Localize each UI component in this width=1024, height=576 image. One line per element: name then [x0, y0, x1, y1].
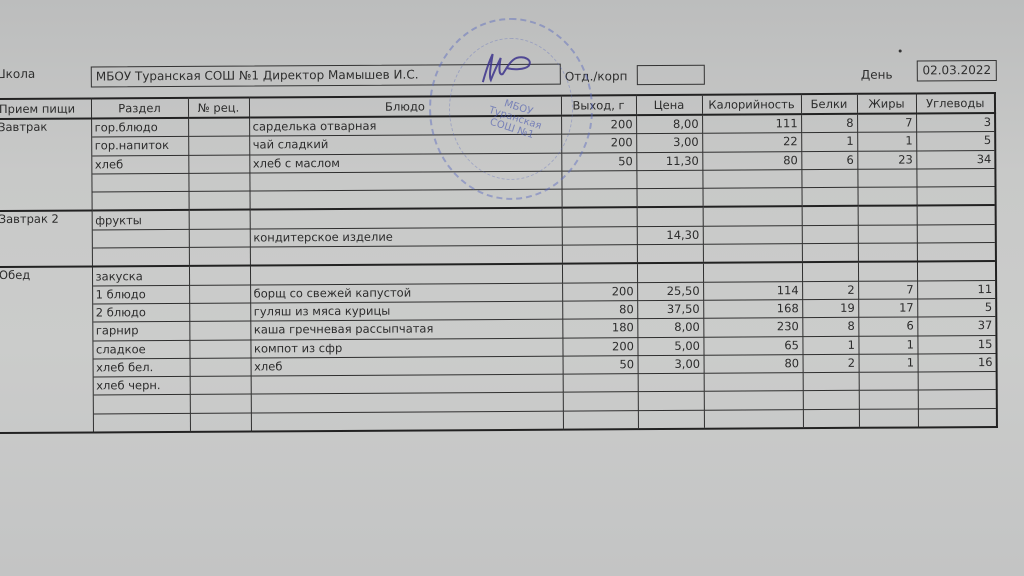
cell-section: гор.напиток	[91, 137, 188, 156]
cell-meal: Завтрак 2	[0, 211, 92, 230]
cell-meal	[0, 248, 92, 267]
col-header-recipe: № рец.	[188, 98, 249, 118]
cell-recipe	[189, 340, 250, 359]
cell-yield	[562, 226, 637, 245]
cell-recipe	[188, 118, 249, 137]
col-header-price: Цена	[636, 95, 702, 115]
cell-dish: хлеб с маслом	[249, 153, 561, 173]
cell-protein	[802, 225, 858, 244]
cell-dish	[251, 393, 563, 413]
cell-recipe	[189, 229, 250, 248]
cell-protein	[801, 169, 857, 188]
cell-price	[637, 207, 703, 226]
cell-carbs	[917, 243, 996, 262]
cell-price: 14,30	[637, 226, 703, 245]
cell-protein	[802, 188, 858, 207]
cell-yield	[563, 410, 638, 429]
cell-section: гарнир	[92, 322, 189, 341]
cell-carbs	[918, 390, 997, 409]
cell-section: гор.блюдо	[91, 118, 188, 137]
cell-price	[638, 392, 704, 411]
cell-price	[637, 244, 703, 263]
cell-price	[636, 170, 702, 189]
cell-fat: 7	[857, 113, 916, 132]
cell-meal	[0, 286, 92, 305]
cell-carbs: 5	[916, 132, 995, 151]
col-header-section: Раздел	[91, 98, 188, 119]
cell-protein: 19	[802, 299, 858, 318]
cell-kcal: 230	[703, 318, 802, 337]
cell-fat: 1	[857, 132, 916, 151]
cell-carbs	[916, 168, 995, 187]
cell-yield	[562, 245, 637, 264]
cell-carbs: 37	[917, 317, 996, 336]
cell-fat: 1	[859, 354, 918, 373]
cell-section	[92, 229, 189, 248]
cell-meal: Обед	[0, 267, 92, 286]
cell-recipe	[189, 266, 250, 285]
cell-price	[638, 373, 704, 392]
cell-dish: борщ со свежей капустой	[250, 283, 562, 303]
cell-recipe	[189, 247, 250, 266]
cell-price	[638, 410, 704, 429]
cell-kcal	[704, 409, 803, 428]
day-label: День	[861, 68, 893, 82]
dept-field	[637, 65, 705, 85]
cell-kcal: 80	[702, 151, 801, 170]
col-header-protein: Белки	[801, 94, 857, 114]
cell-meal	[0, 156, 91, 175]
cell-meal	[0, 304, 92, 323]
cell-meal	[0, 377, 93, 396]
cell-dish	[250, 189, 562, 210]
cell-recipe	[189, 210, 250, 229]
cell-fat: 17	[858, 299, 917, 318]
cell-yield	[562, 189, 637, 208]
col-header-dish: Блюдо	[249, 96, 561, 118]
cell-dish: сарделька отварная	[249, 116, 561, 137]
cell-protein: 1	[802, 336, 858, 355]
cell-section: фрукты	[92, 210, 189, 229]
cell-fat	[859, 372, 918, 391]
cell-kcal	[703, 225, 802, 244]
cell-recipe	[189, 321, 250, 340]
cell-section: хлеб бел.	[93, 358, 190, 377]
cell-carbs	[917, 187, 996, 206]
cell-kcal	[703, 244, 802, 263]
cell-dish	[250, 245, 562, 266]
col-header-fat: Жиры	[857, 93, 916, 113]
cell-fat: 1	[858, 336, 917, 355]
cell-price: 37,50	[637, 300, 703, 319]
cell-recipe	[190, 394, 251, 413]
dept-label: Отд./корп	[565, 69, 628, 83]
cell-section	[91, 173, 188, 192]
cell-fat	[858, 225, 917, 244]
cell-section: 2 блюдо	[92, 303, 189, 322]
cell-fat: 6	[858, 317, 917, 336]
cell-section: хлеб	[91, 155, 188, 174]
cell-kcal: 114	[703, 281, 802, 300]
cell-fat: 23	[857, 151, 916, 170]
cell-yield: 50	[561, 152, 636, 171]
cell-price	[637, 263, 703, 282]
cell-kcal	[703, 263, 802, 282]
cell-kcal: 65	[703, 336, 802, 355]
cell-yield	[563, 392, 638, 411]
cell-yield	[563, 374, 638, 393]
cell-dish	[250, 264, 562, 285]
cell-kcal	[704, 391, 803, 410]
cell-meal	[0, 230, 92, 249]
cell-fat: 7	[858, 281, 917, 300]
cell-protein	[803, 372, 859, 391]
cell-kcal	[703, 207, 802, 226]
cell-protein	[803, 409, 859, 428]
cell-carbs	[917, 224, 996, 243]
cell-recipe	[189, 285, 250, 304]
cell-section: хлеб черн.	[93, 377, 190, 396]
menu-document: Школа МБОУ Туранская СОШ №1 Директор Мам…	[0, 0, 1024, 576]
table-body: Завтракгор.блюдосарделька отварная2008,0…	[0, 113, 997, 433]
col-header-carbs: Углеводы	[916, 93, 995, 113]
cell-meal	[0, 359, 93, 378]
cell-dish	[250, 208, 562, 229]
cell-carbs	[917, 205, 996, 224]
cell-protein: 8	[801, 114, 857, 133]
cell-recipe	[190, 358, 251, 377]
cell-protein	[803, 391, 859, 410]
cell-meal	[0, 322, 92, 341]
cell-price: 8,00	[636, 115, 702, 134]
cell-dish	[251, 374, 563, 394]
cell-protein: 1	[801, 133, 857, 152]
cell-recipe	[188, 155, 249, 174]
cell-price: 11,30	[636, 152, 702, 171]
cell-dish: хлеб	[251, 356, 563, 376]
cell-yield	[562, 208, 637, 227]
cell-price: 3,00	[636, 134, 702, 153]
cell-price: 5,00	[637, 337, 703, 356]
cell-carbs	[918, 372, 997, 391]
cell-meal	[0, 414, 93, 433]
cell-carbs: 5	[917, 298, 996, 317]
cell-fat	[857, 169, 916, 188]
cell-meal: Завтрак	[0, 118, 91, 137]
cell-protein: 2	[803, 354, 859, 373]
cell-yield: 200	[562, 282, 637, 301]
cell-yield	[561, 171, 636, 190]
cell-price: 8,00	[637, 319, 703, 338]
cell-recipe	[189, 303, 250, 322]
cell-carbs: 11	[917, 280, 996, 299]
cell-price: 25,50	[637, 282, 703, 301]
cell-meal	[0, 395, 93, 414]
cell-carbs: 34	[916, 150, 995, 169]
cell-protein: 8	[802, 318, 858, 337]
cell-kcal	[704, 373, 803, 392]
cell-carbs: 3	[916, 113, 995, 132]
cell-recipe	[190, 376, 251, 395]
cell-section	[93, 413, 190, 432]
menu-table: Прием пищи Раздел № рец. Блюдо Выход, г …	[0, 92, 998, 434]
cell-carbs	[918, 408, 997, 427]
cell-kcal: 80	[704, 355, 803, 374]
cell-carbs	[917, 261, 996, 280]
cell-yield: 200	[562, 337, 637, 356]
cell-yield: 180	[562, 319, 637, 338]
cell-section: закуска	[92, 266, 189, 285]
col-header-yield: Выход, г	[561, 95, 636, 115]
cell-section: сладкое	[92, 340, 189, 359]
cell-recipe	[188, 173, 249, 192]
cell-meal	[0, 174, 92, 193]
school-label: Школа	[0, 67, 35, 81]
cell-fat	[858, 187, 917, 206]
cell-protein: 2	[802, 281, 858, 300]
cell-meal	[0, 192, 92, 211]
cell-kcal	[702, 170, 801, 189]
cell-yield: 50	[563, 356, 638, 375]
cell-protein	[802, 206, 858, 225]
cell-dish: каша гречневая рассыпчатая	[250, 319, 562, 339]
cell-recipe	[188, 136, 249, 155]
cell-kcal	[703, 188, 802, 207]
cell-protein	[802, 243, 858, 262]
cell-dish: компот из сфр	[250, 338, 562, 358]
day-field: 02.03.2022	[917, 60, 997, 81]
col-header-meal: Прием пищи	[0, 98, 91, 119]
cell-dish: гуляш из мяса курицы	[250, 301, 562, 321]
cell-fat	[858, 262, 917, 281]
cell-yield: 80	[562, 301, 637, 320]
cell-recipe	[189, 191, 250, 210]
cell-yield: 200	[561, 115, 636, 134]
cell-fat	[859, 409, 918, 428]
cell-carbs: 16	[918, 353, 997, 372]
cell-section	[93, 395, 190, 414]
cell-protein: 6	[801, 151, 857, 170]
cell-price	[637, 188, 703, 207]
cell-dish	[251, 411, 563, 432]
cell-kcal: 22	[702, 133, 801, 152]
cell-yield: 200	[561, 134, 636, 153]
cell-carbs: 15	[917, 335, 996, 354]
cell-section	[92, 247, 189, 266]
cell-yield	[562, 264, 637, 283]
cell-meal	[0, 341, 93, 360]
cell-dish	[249, 171, 561, 191]
cell-protein	[802, 262, 858, 281]
cell-fat	[858, 206, 917, 225]
cell-recipe	[190, 413, 251, 432]
school-field: МБОУ Туранская СОШ №1 Директор Мамышев И…	[91, 64, 561, 88]
cell-section	[92, 192, 189, 211]
cell-section: 1 блюдо	[92, 285, 189, 304]
cell-kcal: 168	[703, 300, 802, 319]
ink-dot	[899, 50, 902, 53]
cell-dish: чай сладкий	[249, 134, 561, 154]
col-header-kcal: Калорийность	[702, 94, 801, 115]
cell-fat	[859, 390, 918, 409]
cell-price: 3,00	[638, 355, 704, 374]
cell-kcal: 111	[702, 114, 801, 133]
cell-dish: кондитерское изделие	[250, 227, 562, 247]
cell-fat	[858, 243, 917, 262]
cell-meal	[0, 137, 91, 156]
